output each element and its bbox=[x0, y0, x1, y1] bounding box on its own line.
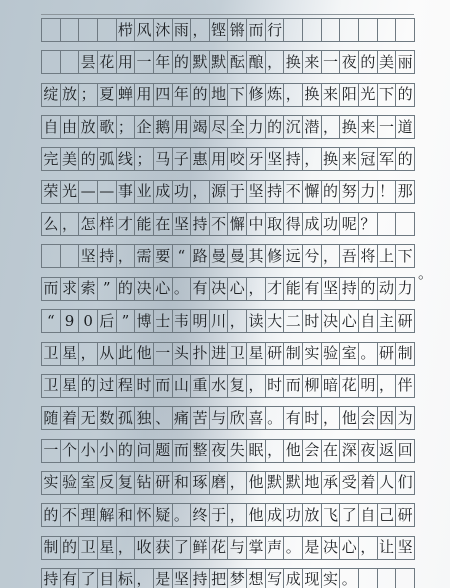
grid-cell: 有 bbox=[303, 278, 322, 300]
grid-cell: 夜 bbox=[359, 440, 378, 462]
grid-cell: ， bbox=[79, 343, 98, 365]
grid-cell: 实 bbox=[42, 472, 61, 494]
grid-cell: 才 bbox=[117, 213, 136, 235]
grid-row: 栉风沐雨，铿锵而行 bbox=[41, 18, 415, 42]
grid-cell bbox=[79, 19, 98, 41]
grid-cell: 痛 bbox=[173, 407, 192, 429]
grid-cell: 持 bbox=[42, 569, 61, 588]
grid-row: 卫星，从此他一头扑进卫星研制实验室。研制 bbox=[41, 342, 415, 366]
grid-cell: 后 bbox=[98, 310, 117, 332]
grid-cell bbox=[396, 213, 415, 235]
grid-cell: 炼 bbox=[266, 84, 285, 106]
grid-cell: 星 bbox=[61, 343, 80, 365]
grid-cell: 和 bbox=[173, 472, 192, 494]
grid-cell: 坚 bbox=[247, 181, 266, 203]
grid-cell: 懈 bbox=[228, 213, 247, 235]
grid-cell: 曼 bbox=[210, 245, 229, 267]
grid-cell: 的 bbox=[117, 440, 136, 462]
grid-cell: 坚 bbox=[79, 245, 98, 267]
grid-cell: 头 bbox=[173, 343, 192, 365]
grid-cell: 持 bbox=[266, 181, 285, 203]
grid-cell: 蝉 bbox=[117, 84, 136, 106]
grid-cell: 承 bbox=[322, 472, 341, 494]
grid-cell: 小 bbox=[79, 440, 98, 462]
grid-cell: 用 bbox=[135, 84, 154, 106]
grid-row: 自由放歌；企鹅用竭尽全力的沉潜，换来一道 bbox=[41, 115, 415, 139]
grid-cell: 绽 bbox=[42, 84, 61, 106]
grid-cell: 努 bbox=[340, 181, 359, 203]
grid-cell: 坚 bbox=[173, 569, 192, 588]
grid-cell: 梦 bbox=[228, 569, 247, 588]
grid-cell: 让 bbox=[378, 537, 397, 559]
grid-cell: 室 bbox=[79, 472, 98, 494]
grid-cell: ， bbox=[191, 19, 210, 41]
grid-cell: 尽 bbox=[210, 116, 229, 138]
grid-cell: 鹅 bbox=[154, 116, 173, 138]
grid-cell: 问 bbox=[135, 440, 154, 462]
grid-cell: 功 bbox=[173, 181, 192, 203]
grid-cell bbox=[396, 569, 415, 588]
grid-cell: 牙 bbox=[247, 148, 266, 170]
grid-cell: ” bbox=[117, 310, 136, 332]
grid-cell: 在 bbox=[322, 440, 341, 462]
grid-cell: 成 bbox=[154, 181, 173, 203]
grid-cell: ， bbox=[117, 537, 136, 559]
grid-cell: 卫 bbox=[42, 343, 61, 365]
grid-cell: 韦 bbox=[173, 310, 192, 332]
grid-row: 昙花用一年的默默酝酿，换来一夜的美丽 bbox=[41, 50, 415, 74]
grid-cell bbox=[303, 19, 322, 41]
grid-cell: 。 bbox=[284, 537, 303, 559]
grid-cell: 失 bbox=[228, 440, 247, 462]
grid-cell: 的 bbox=[79, 375, 98, 397]
grid-cell bbox=[359, 19, 378, 41]
top-border-line bbox=[41, 14, 414, 15]
grid-cell: 用 bbox=[173, 116, 192, 138]
grid-cell: 于 bbox=[228, 181, 247, 203]
grid-cell: 力 bbox=[359, 181, 378, 203]
grid-cell: 由 bbox=[61, 116, 80, 138]
grid-cell: — bbox=[79, 181, 98, 203]
grid-cell: 竭 bbox=[191, 116, 210, 138]
grid-cell: 时 bbox=[303, 407, 322, 429]
grid-cell: 研 bbox=[378, 343, 397, 365]
grid-cell: 。 bbox=[173, 504, 192, 526]
grid-cell: 成 bbox=[303, 213, 322, 235]
grid-cell: 成 bbox=[266, 504, 285, 526]
grid-cell: 地 bbox=[303, 472, 322, 494]
grid-cell: 获 bbox=[154, 537, 173, 559]
grid-cell bbox=[378, 569, 397, 588]
grid-cell: 一 bbox=[378, 116, 397, 138]
grid-cell: 时 bbox=[303, 310, 322, 332]
grid-cell: 主 bbox=[378, 310, 397, 332]
grid-cell: 会 bbox=[359, 407, 378, 429]
grid-cell: 持 bbox=[284, 148, 303, 170]
grid-cell: 卫 bbox=[42, 375, 61, 397]
grid-cell: 力 bbox=[247, 116, 266, 138]
grid-cell: 一 bbox=[322, 51, 341, 73]
grid-cell: 心 bbox=[340, 310, 359, 332]
grid-cell: 动 bbox=[378, 278, 397, 300]
grid-cell: 回 bbox=[396, 440, 415, 462]
grid-cell bbox=[42, 245, 61, 267]
grid-cell: 下 bbox=[228, 84, 247, 106]
grid-cell: 飞 bbox=[322, 504, 341, 526]
grid-cell: 才 bbox=[266, 278, 285, 300]
grid-cell: ” bbox=[98, 278, 117, 300]
grid-cell: 的 bbox=[117, 278, 136, 300]
grid-cell: 光 bbox=[61, 181, 80, 203]
grid-cell: ， bbox=[191, 181, 210, 203]
grid-cell: 收 bbox=[135, 537, 154, 559]
grid-cell: 吾 bbox=[340, 245, 359, 267]
grid-cell: 复 bbox=[117, 472, 136, 494]
grid-cell: 花 bbox=[98, 51, 117, 73]
grid-cell: 进 bbox=[210, 343, 229, 365]
grid-cell: 上 bbox=[378, 245, 397, 267]
grid-row: 卫星的过程时而山重水复，时而柳暗花明，伴 bbox=[41, 374, 415, 398]
grid-cell: 数 bbox=[98, 407, 117, 429]
grid-cell: 荣 bbox=[42, 181, 61, 203]
grid-cell: 和 bbox=[117, 504, 136, 526]
grid-cell: 年 bbox=[154, 51, 173, 73]
grid-cell: 弧 bbox=[98, 148, 117, 170]
grid-cell: 着 bbox=[359, 472, 378, 494]
grid-cell: 目 bbox=[98, 569, 117, 588]
grid-cell: 潜 bbox=[303, 116, 322, 138]
grid-cell: 花 bbox=[210, 537, 229, 559]
grid-cell: 路 bbox=[191, 245, 210, 267]
grid-cell: 持 bbox=[98, 245, 117, 267]
grid-cell: 丽 bbox=[396, 51, 415, 73]
grid-cell: 博 bbox=[135, 310, 154, 332]
grid-cell: ， bbox=[228, 504, 247, 526]
grid-cell: ， bbox=[228, 472, 247, 494]
grid-cell: 自 bbox=[359, 504, 378, 526]
grid-cell: 0 bbox=[79, 310, 98, 332]
grid-row: 的不理解和怀疑。终于，他成功放飞了自己研 bbox=[41, 503, 415, 527]
grid-cell bbox=[359, 569, 378, 588]
grid-cell: 阳 bbox=[340, 84, 359, 106]
grid-cell: 室 bbox=[340, 343, 359, 365]
grid-cell: 夏 bbox=[98, 84, 117, 106]
grid-cell: ， bbox=[61, 213, 80, 235]
grid-cell: ， bbox=[303, 148, 322, 170]
grid-cell: 兮 bbox=[303, 245, 322, 267]
grid-cell: 花 bbox=[340, 375, 359, 397]
grid-cell: 子 bbox=[173, 148, 192, 170]
grid-cell: 的 bbox=[322, 181, 341, 203]
grid-cell: 那 bbox=[396, 181, 415, 203]
grid-cell: 返 bbox=[378, 440, 397, 462]
grid-cell: 星 bbox=[247, 343, 266, 365]
grid-cell: 用 bbox=[210, 148, 229, 170]
grid-cell: 得 bbox=[284, 213, 303, 235]
grid-cell: 索 bbox=[79, 278, 98, 300]
grid-cell: 下 bbox=[378, 84, 397, 106]
grid-cell: 放 bbox=[79, 116, 98, 138]
grid-cell: ， bbox=[266, 51, 285, 73]
grid-row: 完美的弧线；马子惠用咬牙坚持，换来冠军的 bbox=[41, 147, 415, 171]
grid-cell: 取 bbox=[266, 213, 285, 235]
grid-cell: 理 bbox=[79, 504, 98, 526]
grid-cell: 需 bbox=[135, 245, 154, 267]
grid-cell: 完 bbox=[42, 148, 61, 170]
grid-cell: 曼 bbox=[228, 245, 247, 267]
grid-cell: 有 bbox=[61, 569, 80, 588]
grid-cell: 决 bbox=[322, 310, 341, 332]
grid-cell: 成 bbox=[284, 569, 303, 588]
grid-cell: 研 bbox=[154, 472, 173, 494]
grid-cell: 独 bbox=[135, 407, 154, 429]
grid-cell: 鲜 bbox=[191, 537, 210, 559]
grid-cell: 掌 bbox=[247, 537, 266, 559]
margin-period: 。 bbox=[418, 262, 433, 283]
grid-cell: 的 bbox=[396, 148, 415, 170]
grid-cell: 在 bbox=[154, 213, 173, 235]
grid-cell: 研 bbox=[396, 504, 415, 526]
grid-cell: 柳 bbox=[303, 375, 322, 397]
grid-cell: 咬 bbox=[228, 148, 247, 170]
grid-cell: ？ bbox=[359, 213, 378, 235]
grid-cell: ， bbox=[378, 375, 397, 397]
grid-cell: ， bbox=[117, 245, 136, 267]
grid-cell: 研 bbox=[396, 310, 415, 332]
grid-cell: 是 bbox=[303, 537, 322, 559]
grid-cell: 孤 bbox=[117, 407, 136, 429]
grid-cell: 有 bbox=[191, 278, 210, 300]
grid-cell: 坚 bbox=[396, 537, 415, 559]
grid-cell: 反 bbox=[98, 472, 117, 494]
grid-cell: 坚 bbox=[322, 278, 341, 300]
grid-cell: 来 bbox=[303, 51, 322, 73]
grid-cell: 为 bbox=[396, 407, 415, 429]
grid-row: 制的卫星，收获了鲜花与掌声。是决心，让坚 bbox=[41, 536, 415, 560]
grid-cell: 实 bbox=[322, 569, 341, 588]
grid-cell: ； bbox=[117, 116, 136, 138]
grid-cell: 于 bbox=[210, 504, 229, 526]
grid-cell: 能 bbox=[135, 213, 154, 235]
grid-cell: 士 bbox=[154, 310, 173, 332]
grid-cell bbox=[61, 51, 80, 73]
grid-row: 坚持，需要“路曼曼其修远兮，吾将上下 bbox=[41, 244, 415, 268]
grid-cell: 呢 bbox=[340, 213, 359, 235]
grid-cell: 铿 bbox=[210, 19, 229, 41]
grid-cell: 功 bbox=[322, 213, 341, 235]
grid-cell: 重 bbox=[191, 375, 210, 397]
grid-cell: 行 bbox=[266, 19, 285, 41]
grid-cell: 来 bbox=[322, 84, 341, 106]
grid-cell: 默 bbox=[191, 51, 210, 73]
grid-cell: 9 bbox=[61, 310, 80, 332]
grid-cell: ， bbox=[135, 569, 154, 588]
grid-cell: 己 bbox=[378, 504, 397, 526]
grid-row: “90后”博士韦明川，读大二时决心自主研 bbox=[41, 309, 415, 333]
grid-cell: 声 bbox=[266, 537, 285, 559]
grid-cell: 时 bbox=[135, 375, 154, 397]
grid-cell: 与 bbox=[228, 537, 247, 559]
grid-cell: ！ bbox=[378, 181, 397, 203]
grid-cell: 换 bbox=[284, 51, 303, 73]
grid-cell: 时 bbox=[266, 375, 285, 397]
grid-cell: 研 bbox=[266, 343, 285, 365]
grid-cell: 换 bbox=[303, 84, 322, 106]
grid-cell: ； bbox=[79, 84, 98, 106]
grid-cell: ， bbox=[284, 84, 303, 106]
grid-cell: 解 bbox=[98, 504, 117, 526]
grid-cell: 的 bbox=[359, 278, 378, 300]
grid-row: 么，怎样才能在坚持不懈中取得成功呢？ bbox=[41, 212, 415, 236]
grid-cell: 验 bbox=[322, 343, 341, 365]
grid-cell: 来 bbox=[359, 116, 378, 138]
grid-cell: 随 bbox=[42, 407, 61, 429]
grid-cell: 题 bbox=[154, 440, 173, 462]
grid-cell: 小 bbox=[98, 440, 117, 462]
grid-cell: 全 bbox=[228, 116, 247, 138]
grid-cell: 业 bbox=[135, 181, 154, 203]
grid-cell: 风 bbox=[135, 19, 154, 41]
grid-cell: 琢 bbox=[191, 472, 210, 494]
grid-cell bbox=[322, 19, 341, 41]
grid-cell: 不 bbox=[210, 213, 229, 235]
grid-cell: 沐 bbox=[154, 19, 173, 41]
grid-cell: 美 bbox=[378, 51, 397, 73]
grid-cell: 用 bbox=[117, 51, 136, 73]
grid-cell: 决 bbox=[322, 537, 341, 559]
grid-cell: 而 bbox=[173, 440, 192, 462]
grid-cell: 放 bbox=[61, 84, 80, 106]
grid-cell: 伴 bbox=[396, 375, 415, 397]
grid-cell: 四 bbox=[154, 84, 173, 106]
grid-row: 绽放；夏蝉用四年的地下修炼，换来阳光下的 bbox=[41, 83, 415, 107]
grid-cell: 把 bbox=[210, 569, 229, 588]
grid-cell: 的 bbox=[42, 504, 61, 526]
grid-cell: 自 bbox=[359, 310, 378, 332]
grid-cell: 受 bbox=[340, 472, 359, 494]
grid-cell: — bbox=[98, 181, 117, 203]
grid-cell: 修 bbox=[247, 84, 266, 106]
grid-cell: 样 bbox=[98, 213, 117, 235]
grid-cell: 。 bbox=[266, 407, 285, 429]
grid-cell: 他 bbox=[247, 472, 266, 494]
grid-cell: “ bbox=[42, 310, 61, 332]
grid-cell: 而 bbox=[154, 375, 173, 397]
grid-cell: ， bbox=[247, 278, 266, 300]
grid-cell: 来 bbox=[340, 148, 359, 170]
grid-cell: 他 bbox=[135, 343, 154, 365]
grid-cell: 而 bbox=[284, 375, 303, 397]
grid-cell: 欣 bbox=[228, 407, 247, 429]
grid-row: 持有了目标，是坚持把梦想写成现实。 bbox=[41, 568, 415, 588]
grid-cell bbox=[396, 19, 415, 41]
grid-cell: 道 bbox=[396, 116, 415, 138]
grid-cell: 程 bbox=[117, 375, 136, 397]
grid-cell: 标 bbox=[117, 569, 136, 588]
grid-cell: 喜 bbox=[247, 407, 266, 429]
grid-cell: 一 bbox=[154, 343, 173, 365]
grid-cell: 扑 bbox=[191, 343, 210, 365]
grid-cell: 歌 bbox=[98, 116, 117, 138]
grid-cell: 默 bbox=[266, 472, 285, 494]
grid-cell: 眠 bbox=[247, 440, 266, 462]
grid-cell: 二 bbox=[284, 310, 303, 332]
grid-cell: 明 bbox=[359, 375, 378, 397]
grid-cell: 星 bbox=[61, 375, 80, 397]
grid-cell: 他 bbox=[340, 407, 359, 429]
grid-cell: 。 bbox=[173, 278, 192, 300]
grid-row: 而求索”的决心。有决心，才能有坚持的动力 bbox=[41, 277, 415, 301]
grid-cell: 苦 bbox=[191, 407, 210, 429]
grid-cell: 决 bbox=[135, 278, 154, 300]
grid-cell: 终 bbox=[191, 504, 210, 526]
grid-cell: 冠 bbox=[359, 148, 378, 170]
grid-cell: 着 bbox=[61, 407, 80, 429]
grid-cell: 钻 bbox=[135, 472, 154, 494]
grid-cell: 事 bbox=[117, 181, 136, 203]
grid-cell: 美 bbox=[61, 148, 80, 170]
grid-cell: 地 bbox=[210, 84, 229, 106]
grid-cell: 默 bbox=[210, 51, 229, 73]
grid-cell: 他 bbox=[247, 504, 266, 526]
grid-cell: 酝 bbox=[228, 51, 247, 73]
grid-cell: 将 bbox=[359, 245, 378, 267]
grid-cell: 昙 bbox=[79, 51, 98, 73]
grid-cell bbox=[98, 19, 117, 41]
grid-cell: 的 bbox=[191, 84, 210, 106]
grid-cell: 放 bbox=[303, 504, 322, 526]
grid-row: 实验室反复钻研和琢磨，他默默地承受着人们 bbox=[41, 471, 415, 495]
grid-cell: 中 bbox=[247, 213, 266, 235]
grid-cell: 酿 bbox=[247, 51, 266, 73]
grid-cell: 决 bbox=[210, 278, 229, 300]
grid-cell: 个 bbox=[61, 440, 80, 462]
grid-cell: 卫 bbox=[79, 537, 98, 559]
grid-cell: 持 bbox=[340, 278, 359, 300]
grid-cell: 不 bbox=[284, 181, 303, 203]
grid-cell: ， bbox=[322, 116, 341, 138]
grid-cell: 的 bbox=[266, 116, 285, 138]
grid-cell: 怎 bbox=[79, 213, 98, 235]
grid-cell: ， bbox=[266, 440, 285, 462]
grid-cell bbox=[61, 19, 80, 41]
grid-cell: 水 bbox=[210, 375, 229, 397]
grid-cell: ， bbox=[228, 310, 247, 332]
grid-cell: 。 bbox=[359, 343, 378, 365]
grid-cell: 心 bbox=[154, 278, 173, 300]
grid-cell: 制 bbox=[396, 343, 415, 365]
grid-row: 随着无数孤独、痛苦与欣喜。有时，他会因为 bbox=[41, 406, 415, 430]
grid-cell: 、 bbox=[154, 407, 173, 429]
grid-cell: 了 bbox=[340, 504, 359, 526]
grid-cell: 么 bbox=[42, 213, 61, 235]
grid-cell bbox=[340, 19, 359, 41]
grid-cell: 整 bbox=[191, 440, 210, 462]
grid-cell: 线 bbox=[117, 148, 136, 170]
grid-row: 荣光——事业成功，源于坚持不懈的努力！那 bbox=[41, 180, 415, 204]
grid-cell: 心 bbox=[228, 278, 247, 300]
grid-cell bbox=[378, 19, 397, 41]
grid-cell: 力 bbox=[396, 278, 415, 300]
grid-cell: 过 bbox=[98, 375, 117, 397]
grid-cell: 磨 bbox=[210, 472, 229, 494]
grid-cell: ； bbox=[135, 148, 154, 170]
grid-cell: 人 bbox=[378, 472, 397, 494]
grid-cell: 现 bbox=[303, 569, 322, 588]
grid-cell bbox=[42, 19, 61, 41]
grid-cell: 的 bbox=[173, 51, 192, 73]
grid-cell: 一 bbox=[135, 51, 154, 73]
